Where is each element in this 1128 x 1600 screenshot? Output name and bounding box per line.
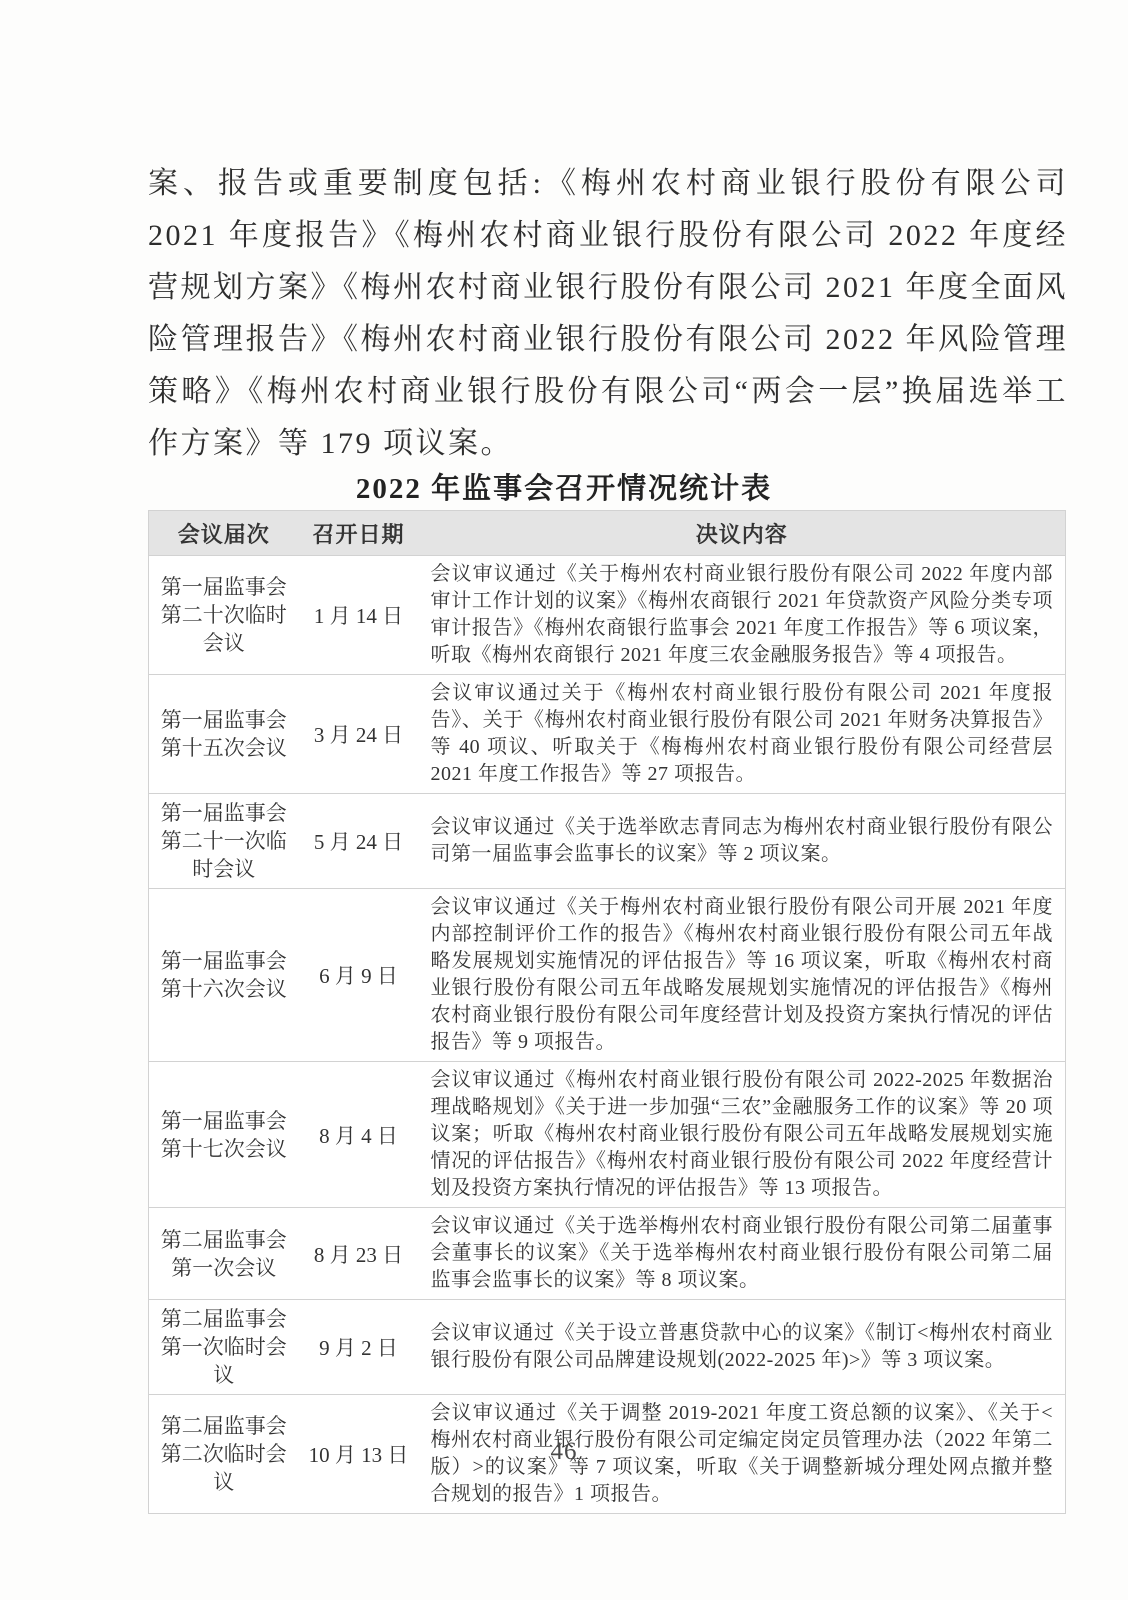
col-header-date: 召开日期	[299, 511, 419, 556]
table-row: 第二届监事会第一次会议8 月 23 日会议审议通过《关于选举梅州农村商业银行股份…	[149, 1208, 1066, 1300]
table-title: 2022 年监事会召开情况统计表	[0, 466, 1128, 507]
table-row: 第一届监事会第十七次会议8 月 4 日会议审议通过《梅州农村商业银行股份有限公司…	[149, 1062, 1066, 1208]
table-row: 第二届监事会第一次临时会议9 月 2 日会议审议通过《关于设立普惠贷款中心的议案…	[149, 1300, 1066, 1395]
date-cell: 6 月 9 日	[299, 889, 419, 1062]
meetings-table-body: 第一届监事会第二十次临时会议1 月 14 日会议审议通过《关于梅州农村商业银行股…	[149, 556, 1066, 1514]
date-cell: 5 月 24 日	[299, 794, 419, 889]
session-cell: 第一届监事会第十七次会议	[149, 1062, 299, 1208]
content-cell: 会议审议通过《关于选举欧志青同志为梅州农村商业银行股份有限公司第一届监事会监事长…	[419, 794, 1066, 889]
session-cell: 第一届监事会第十五次会议	[149, 675, 299, 794]
content-cell: 会议审议通过《梅州农村商业银行股份有限公司 2022-2025 年数据治理战略规…	[419, 1062, 1066, 1208]
table-header-row: 会议届次 召开日期 决议内容	[149, 511, 1066, 556]
session-cell: 第一届监事会第二十次临时会议	[149, 556, 299, 675]
date-cell: 9 月 2 日	[299, 1300, 419, 1395]
document-page: 案、报告或重要制度包括:《梅州农村商业银行股份有限公司 2021 年度报告》《梅…	[0, 0, 1128, 1600]
content-cell: 会议审议通过关于《梅州农村商业银行股份有限公司 2021 年度报告》、关于《梅州…	[419, 675, 1066, 794]
session-cell: 第一届监事会第二十一次临时会议	[149, 794, 299, 889]
date-cell: 1 月 14 日	[299, 556, 419, 675]
content-cell: 会议审议通过《关于设立普惠贷款中心的议案》《制订<梅州农村商业银行股份有限公司品…	[419, 1300, 1066, 1395]
date-cell: 8 月 23 日	[299, 1208, 419, 1300]
content-cell: 会议审议通过《关于选举梅州农村商业银行股份有限公司第二届董事会董事长的议案》《关…	[419, 1208, 1066, 1300]
intro-paragraph: 案、报告或重要制度包括:《梅州农村商业银行股份有限公司 2021 年度报告》《梅…	[148, 158, 1068, 470]
col-header-session: 会议届次	[149, 511, 299, 556]
table-row: 第一届监事会第二十一次临时会议5 月 24 日会议审议通过《关于选举欧志青同志为…	[149, 794, 1066, 889]
session-cell: 第二届监事会第一次临时会议	[149, 1300, 299, 1395]
table-row: 第一届监事会第二十次临时会议1 月 14 日会议审议通过《关于梅州农村商业银行股…	[149, 556, 1066, 675]
col-header-content: 决议内容	[419, 511, 1066, 556]
page-number: 46	[0, 1438, 1128, 1466]
table-row: 第一届监事会第十五次会议3 月 24 日会议审议通过关于《梅州农村商业银行股份有…	[149, 675, 1066, 794]
table-row: 第一届监事会第十六次会议6 月 9 日会议审议通过《关于梅州农村商业银行股份有限…	[149, 889, 1066, 1062]
meetings-table: 会议届次 召开日期 决议内容 第一届监事会第二十次临时会议1 月 14 日会议审…	[148, 510, 1066, 1514]
content-cell: 会议审议通过《关于梅州农村商业银行股份有限公司 2022 年度内部审计工作计划的…	[419, 556, 1066, 675]
date-cell: 3 月 24 日	[299, 675, 419, 794]
content-cell: 会议审议通过《关于梅州农村商业银行股份有限公司开展 2021 年度内部控制评价工…	[419, 889, 1066, 1062]
date-cell: 8 月 4 日	[299, 1062, 419, 1208]
session-cell: 第一届监事会第十六次会议	[149, 889, 299, 1062]
session-cell: 第二届监事会第一次会议	[149, 1208, 299, 1300]
